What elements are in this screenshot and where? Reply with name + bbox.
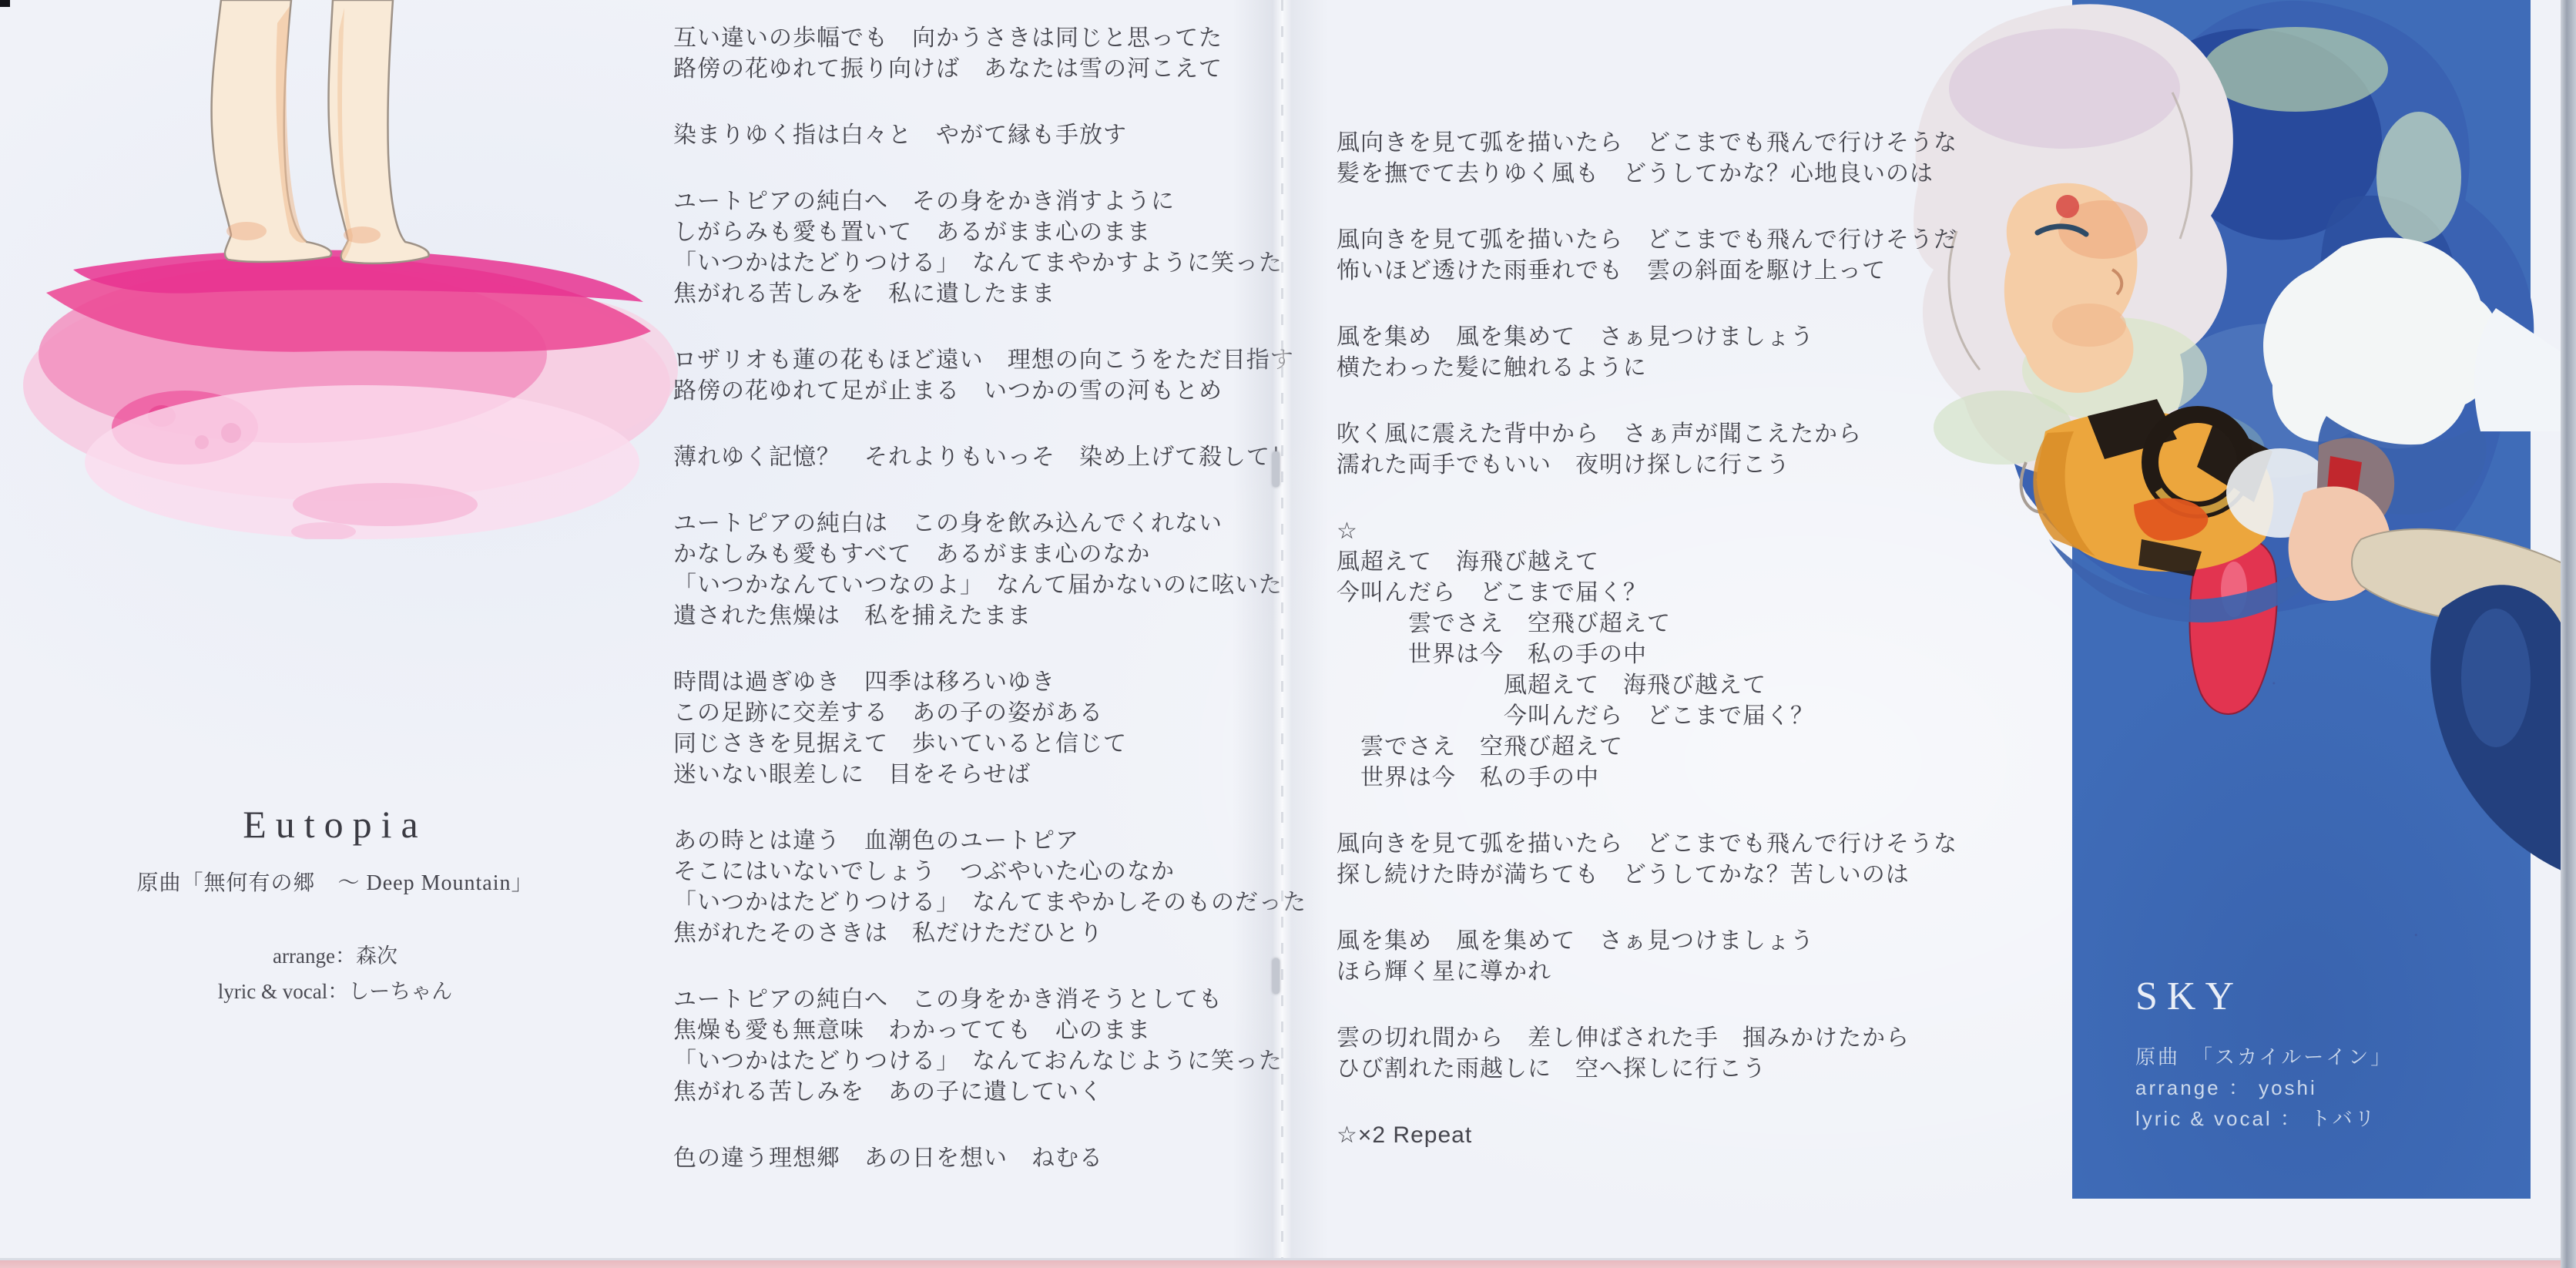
- lyric-line: 雲の切れ間から 差し伸ばされた手 掴みかけたから: [1337, 1023, 1976, 1054]
- lyric-line: ユートピアの純白は この身を飲み込んでくれない: [673, 508, 1313, 539]
- lyric-stanza: 薄れゆく記憶？ それよりもいっそ 染め上げて殺して！: [673, 442, 1313, 473]
- booklet-spread: Eutopia 原曲「無何有の郷 ～ Deep Mountain」 arrang…: [0, 0, 2576, 1268]
- lyric-line: ロザリオも蓮の花もほど遠い 理想の向こうをただ目指す: [673, 345, 1313, 376]
- lyric-line: 焦がれる苦しみを あの子に遺していく: [673, 1077, 1313, 1108]
- lyric-stanza: 染まりゆく指は白々と やがて縁も手放す: [673, 120, 1313, 151]
- lyric-line: 怖いほど透けた雨垂れでも 雲の斜面を駆け上って: [1337, 256, 1976, 287]
- lyric-line: 探し続けた時が満ちても どうしてかな？苦しいのは: [1337, 860, 1976, 891]
- lyric-line: 遺された焦燥は 私を捕えたまま: [673, 601, 1313, 632]
- lyric-stanza: 風を集め 風を集めて さぁ見つけましょう横たわった髪に触れるように: [1337, 322, 1976, 384]
- lyric-line: 濡れた両手でもいい 夜明け探しに行こう: [1337, 450, 1976, 481]
- lyric-line: 同じさきを見据えて 歩いていると信じて: [673, 729, 1313, 760]
- lyric-line: ほら輝く星に導かれ: [1337, 957, 1976, 988]
- lyric-line: 焦がれたそのさきは 私だけただひとり: [673, 918, 1313, 949]
- staple-mark: [1273, 958, 1280, 994]
- lyric-line: 風向きを見て弧を描いたら どこまでも飛んで行けそうな: [1337, 128, 1976, 159]
- lyric-line: 吹く風に震えた背中から さぁ声が聞こえたから: [1337, 419, 1976, 450]
- lyric-line: 焦燥も愛も無意味 わかってても 心のまま: [673, 1015, 1313, 1046]
- song-info-sky: SKY 原曲 「スカイルーイン」 arrange ： yoshi lyric &…: [2135, 972, 2393, 1134]
- lyric-line: 焦がれる苦しみを 私に遺したまま: [673, 279, 1313, 310]
- credit-lyric-vocal: lyric & vocal：しーちゃん: [89, 974, 582, 1009]
- lyric-stanza: あの時とは違う 血潮色のユートピアそこにはいないでしょう つぶやいた心のなか「い…: [673, 826, 1313, 949]
- staple-mark: [1273, 451, 1280, 487]
- lyric-line: 風向きを見て弧を描いたら どこまでも飛んで行けそうな: [1337, 829, 1976, 860]
- lyric-line: そこにはいないでしょう つぶやいた心のなか: [673, 857, 1313, 887]
- scan-edge-right: [2561, 0, 2576, 1268]
- lyric-line: ひび割れた雨越しに 空へ探しに行こう: [1337, 1054, 1976, 1085]
- lyric-line: 今叫んだら どこまで届く？: [1337, 578, 1976, 609]
- right-leg: [328, 0, 428, 263]
- credit-arrange-sky: arrange ： yoshi: [2135, 1072, 2393, 1103]
- left-leg: [212, 0, 332, 262]
- lyric-stanza: 吹く風に震えた背中から さぁ声が聞こえたから濡れた両手でもいい 夜明け探しに行こ…: [1337, 419, 1976, 481]
- lyric-line: 迷いない眼差しに 目をそらせば: [673, 760, 1313, 790]
- lyric-line: 横たわった髪に触れるように: [1337, 353, 1976, 384]
- lyric-stanza: ユートピアの純白へ その身をかき消すようにしがらみも愛も置いて あるがまま心のま…: [673, 186, 1313, 310]
- legs-art: [212, 0, 429, 263]
- lyric-line: あの時とは違う 血潮色のユートピア: [673, 826, 1313, 857]
- lyric-line: 染まりゆく指は白々と やがて縁も手放す: [673, 120, 1313, 151]
- character-watercolor-illustration: [1910, 0, 2576, 894]
- lyric-stanza: 風を集め 風を集めて さぁ見つけましょうほら輝く星に導かれ: [1337, 926, 1976, 988]
- legs-watercolor-illustration: [0, 0, 693, 539]
- lyric-line: ☆: [1337, 516, 1976, 547]
- lyric-stanza: 風向きを見て弧を描いたら どこまでも飛んで行けそうな探し続けた時が満ちても どう…: [1337, 829, 1976, 891]
- lyric-line: 「いつかはたどりつける」 なんてまやかすように笑った: [673, 248, 1313, 279]
- credits-eutopia: arrange：森次 lyric & vocal：しーちゃん: [89, 938, 582, 1009]
- lyric-line: 時間は過ぎゆき 四季は移ろいゆき: [673, 667, 1313, 698]
- lyric-line: 雲でさえ 空飛び超えて: [1337, 609, 1976, 639]
- lyric-line: 薄れゆく記憶？ それよりもいっそ 染め上げて殺して！: [673, 442, 1313, 473]
- song-title-sky: SKY: [2135, 972, 2393, 1021]
- lyric-stanza: 時間は過ぎゆき 四季は移ろいゆきこの足跡に交差する あの子の姿がある同じさきを見…: [673, 667, 1313, 790]
- original-song-line-sky: 原曲 「スカイルーイン」: [2135, 1042, 2393, 1072]
- lyric-line: 「いつかなんていつなのよ」 なんて届かないのに呟いた: [673, 570, 1313, 601]
- lyric-line: 路傍の花ゆれて足が止まる いつかの雪の河もとめ: [673, 376, 1313, 407]
- lyric-line: 風向きを見て弧を描いたら どこまでも飛んで行けそうだ: [1337, 225, 1976, 256]
- lyric-line: 風超えて 海飛び越えて: [1337, 670, 1976, 701]
- scan-edge-bottom: [0, 1260, 2576, 1268]
- original-song-line-eutopia: 原曲「無何有の郷 ～ Deep Mountain」: [89, 866, 582, 897]
- lyric-line: ユートピアの純白へ この身をかき消そうとしても: [673, 985, 1313, 1015]
- lyric-line: 路傍の花ゆれて振り向けば あなたは雪の河こえて: [673, 54, 1313, 85]
- lyric-line: しがらみも愛も置いて あるがまま心のまま: [673, 217, 1313, 248]
- lyric-stanza: 互い違いの歩幅でも 向かうさきは同じと思ってた路傍の花ゆれて振り向けば あなたは…: [673, 23, 1313, 85]
- lyric-line: 世界は今 私の手の中: [1337, 763, 1976, 793]
- lyric-line: ユートピアの純白へ その身をかき消すように: [673, 186, 1313, 217]
- song-info-eutopia: Eutopia 原曲「無何有の郷 ～ Deep Mountain」 arrang…: [89, 801, 582, 1009]
- lyric-line: 互い違いの歩幅でも 向かうさきは同じと思ってた: [673, 23, 1313, 54]
- lyric-line: 雲でさえ 空飛び超えて: [1337, 732, 1976, 763]
- lyric-line: 世界は今 私の手の中: [1337, 639, 1976, 670]
- lyric-stanza: 風向きを見て弧を描いたら どこまでも飛んで行けそうだ怖いほど透けた雨垂れでも 雲…: [1337, 225, 1976, 287]
- lyric-stanza: ロザリオも蓮の花もほど遠い 理想の向こうをただ目指す路傍の花ゆれて足が止まる い…: [673, 345, 1313, 407]
- lyric-line: 髪を撫でて去りゆく風も どうしてかな？心地良いのは: [1337, 159, 1976, 190]
- lyric-line: 「いつかはたどりつける」 なんてまやかしそのものだった: [673, 887, 1313, 918]
- credit-arrange: arrange：森次: [89, 938, 582, 974]
- lyric-line: この足跡に交差する あの子の姿がある: [673, 698, 1313, 729]
- scan-corner-mark: [0, 0, 10, 7]
- lyrics-eutopia: 互い違いの歩幅でも 向かうさきは同じと思ってた路傍の花ゆれて振り向けば あなたは…: [673, 23, 1313, 1209]
- lyric-line: 風超えて 海飛び越えて: [1337, 547, 1976, 578]
- credit-lyric-vocal-sky: lyric & vocal ： トバリ: [2135, 1103, 2393, 1134]
- lyric-line: 風を集め 風を集めて さぁ見つけましょう: [1337, 322, 1976, 353]
- lyric-stanza: ユートピアの純白は この身を飲み込んでくれないかなしみも愛もすべて あるがまま心…: [673, 508, 1313, 632]
- lyric-stanza: 雲の切れ間から 差し伸ばされた手 掴みかけたからひび割れた雨越しに 空へ探しに行…: [1337, 1023, 1976, 1085]
- lyric-line: 風を集め 風を集めて さぁ見つけましょう: [1337, 926, 1976, 957]
- lyric-line: 「いつかはたどりつける」 なんておんなじように笑った: [673, 1046, 1313, 1077]
- lyric-stanza: ユートピアの純白へ この身をかき消そうとしても焦燥も愛も無意味 わかってても 心…: [673, 985, 1313, 1108]
- lyric-line: ☆×2 Repeat: [1337, 1120, 1976, 1151]
- lyric-line: 色の違う理想郷 あの日を想い ねむる: [673, 1143, 1313, 1174]
- lyric-stanza: ☆×2 Repeat: [1337, 1120, 1976, 1151]
- lyric-stanza: ☆風超えて 海飛び越えて今叫んだら どこまで届く？ 雲でさえ 空飛び超えて 世界…: [1337, 516, 1976, 793]
- song-title-eutopia: Eutopia: [89, 801, 582, 847]
- lyric-stanza: 風向きを見て弧を描いたら どこまでも飛んで行けそうな髪を撫でて去りゆく風も どう…: [1337, 128, 1976, 190]
- lyric-stanza: 色の違う理想郷 あの日を想い ねむる: [673, 1143, 1313, 1174]
- lyric-line: 今叫んだら どこまで届く？: [1337, 701, 1976, 732]
- lyrics-sky: 風向きを見て弧を描いたら どこまでも飛んで行けそうな髪を撫でて去りゆく風も どう…: [1337, 128, 1976, 1186]
- lyric-line: かなしみも愛もすべて あるがまま心のなか: [673, 539, 1313, 570]
- pink-splash-art: [23, 250, 678, 539]
